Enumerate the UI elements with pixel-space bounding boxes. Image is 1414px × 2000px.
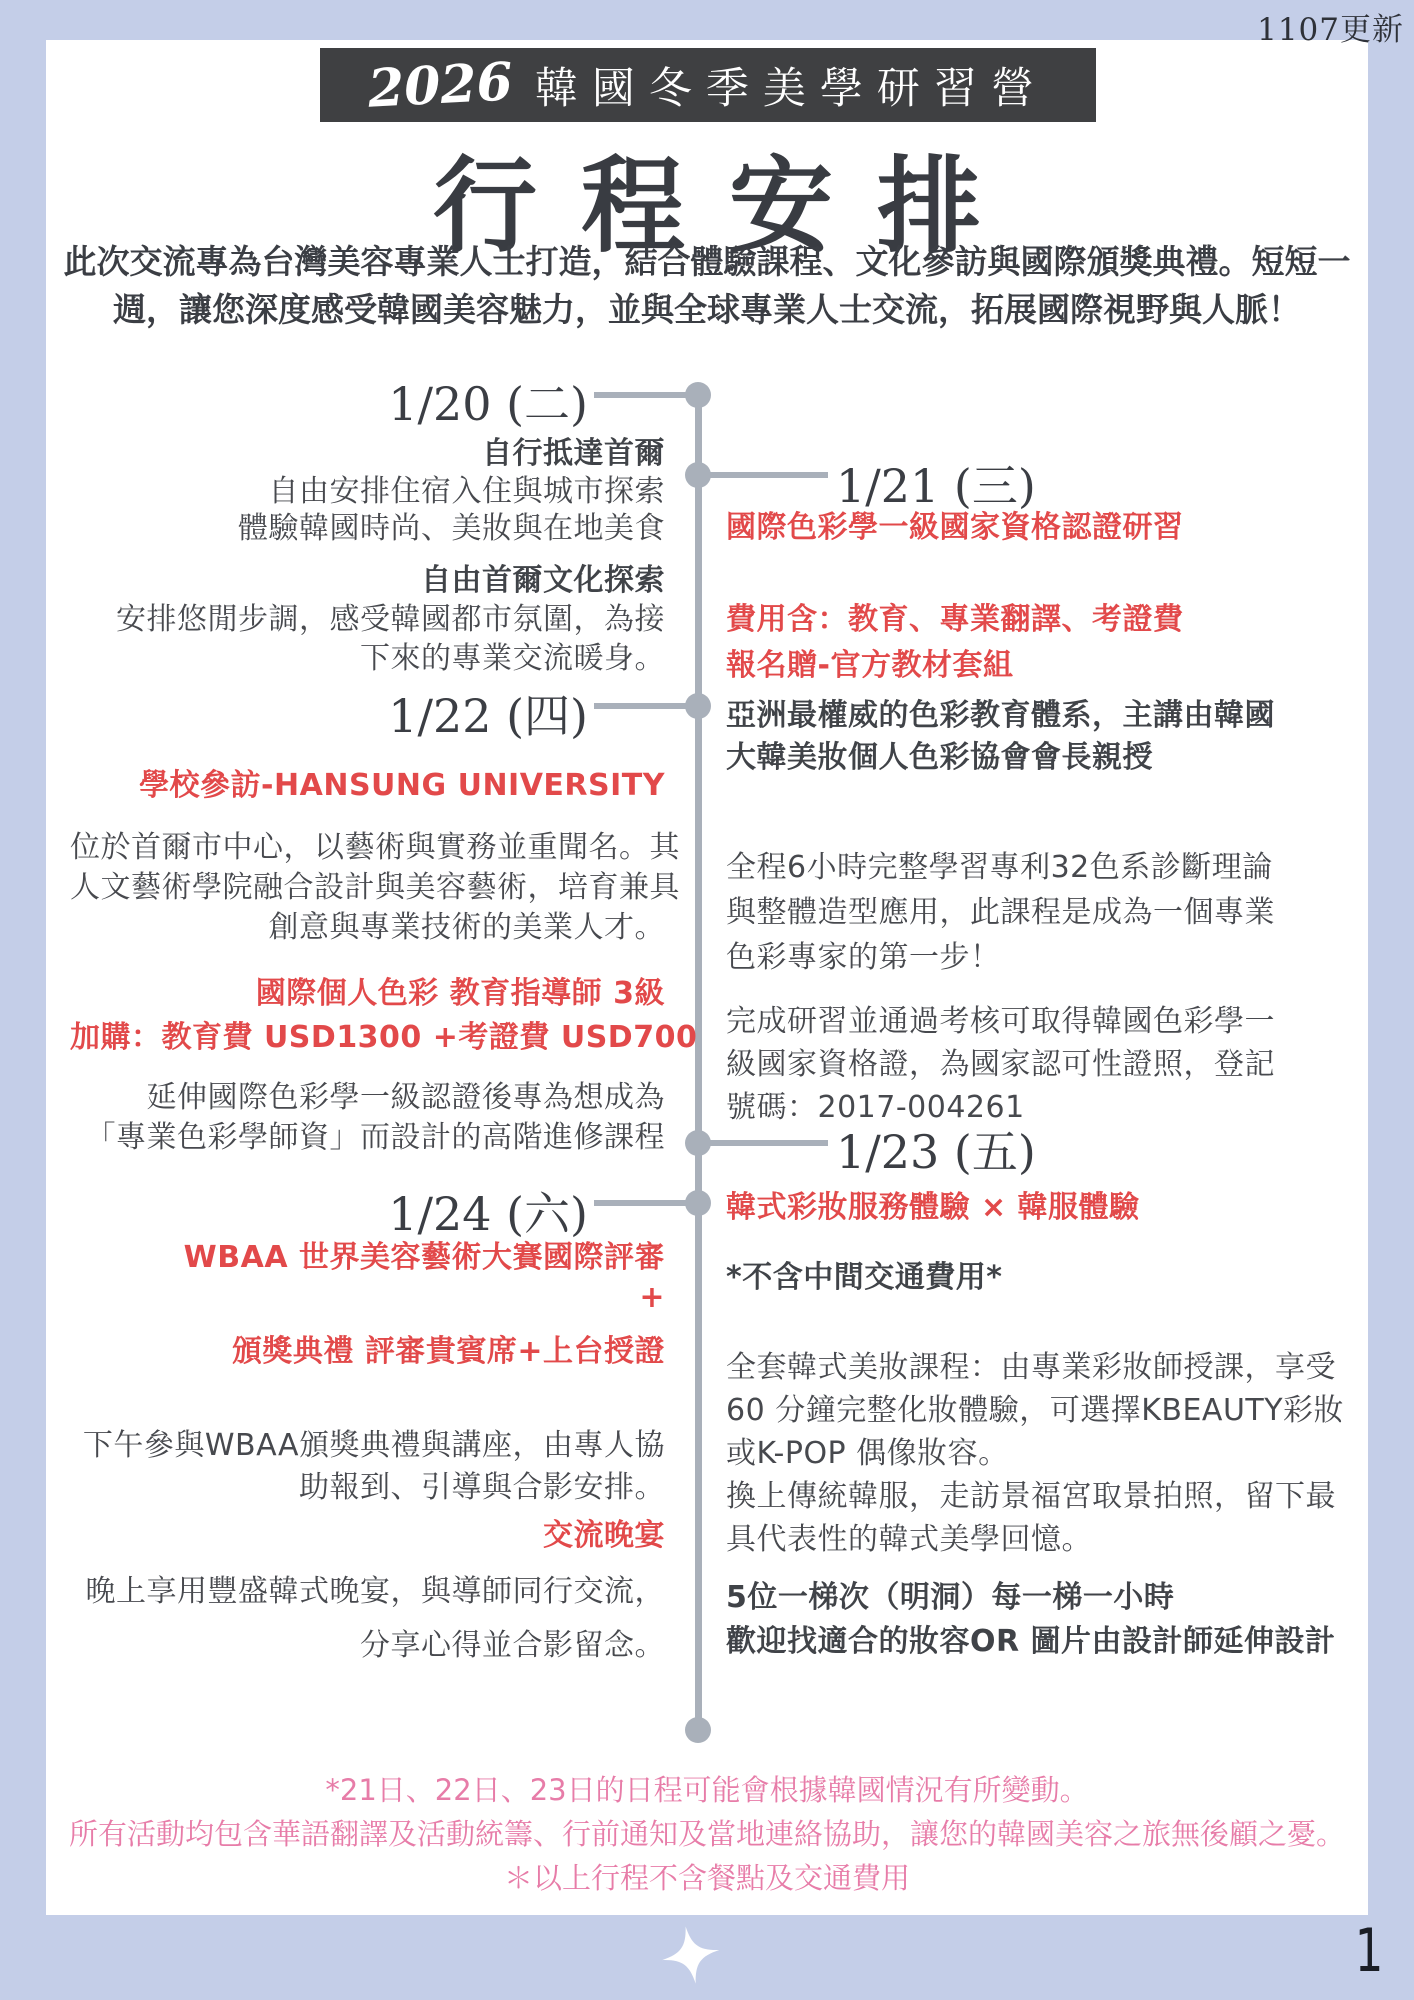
event-text: 人文藝術學院融合設計與美容藝術，培育兼具 (70, 862, 665, 906)
event-text: 助報到、引導與合影安排。 (70, 1462, 665, 1506)
event-text: 60 分鐘完整化妝體驗，可選擇KBEAUTY彩妝 (726, 1385, 1326, 1429)
event-text: 延伸國際色彩學一級認證後專為想成為 (70, 1072, 665, 1116)
event-heading-red: 學校參訪-HANSUNG UNIVERSITY (70, 760, 665, 804)
footer-note-3: ＊以上行程不含餐點及交通費用 (46, 1856, 1368, 1897)
connector-1-20 (594, 392, 690, 398)
intro-line-1: 此次交流專為台灣美容專業人士打造，結合體驗課程、文化參訪與國際頒獎典禮。短短一 (46, 238, 1368, 286)
sparkle-icon (657, 1921, 725, 1992)
event-text: 全套韓式美妝課程：由專業彩妝師授課，享受 (726, 1342, 1326, 1386)
event-text: 創意與專業技術的美業人才。 (70, 902, 665, 946)
connector-1-21 (706, 472, 828, 478)
timeline-dot-end (685, 1717, 711, 1743)
date-label-1-20: 1/20 (二) (70, 368, 588, 434)
event-heading-red: 韓式彩妝服務體驗 × 韓服體驗 (726, 1182, 1326, 1226)
event-heading-red: WBAA 世界美容藝術大賽國際評審 (70, 1232, 665, 1276)
event-text: 下午參與WBAA頒獎典禮與講座，由專人協 (70, 1420, 665, 1464)
event-text: 完成研習並通過考核可取得韓國色彩學一 (726, 996, 1326, 1040)
event-text: 體驗韓國時尚、美妝與在地美食 (70, 503, 665, 547)
footer-note-1: *21日、22日、23日的日程可能會根據韓國情況有所變動。 (46, 1768, 1368, 1809)
event-heading: 歡迎找適合的妝容OR 圖片由設計師延伸設計 (726, 1616, 1326, 1660)
date-label-1-22: 1/22 (四) (70, 680, 588, 746)
event-text: 或K-POP 偶像妝容。 (726, 1428, 1326, 1472)
event-heading-red: 交流晚宴 (70, 1510, 665, 1554)
event-text: 具代表性的韓式美學回憶。 (726, 1514, 1326, 1558)
event-text: 「專業色彩學師資」而設計的高階進修課程 (70, 1112, 665, 1156)
connector-1-23 (706, 1140, 828, 1146)
date-label-1-23: 1/23 (五) (836, 1116, 1036, 1182)
event-heading: 亞洲最權威的色彩教育體系，主講由韓國 (726, 690, 1326, 734)
event-heading-red: 加購：教育費 USD1300 +考證費 USD700 (70, 1012, 665, 1056)
event-heading-red: + (70, 1280, 665, 1315)
event-heading: 大韓美妝個人色彩協會會長親授 (726, 732, 1326, 776)
event-heading: 5位一梯次（明洞）每一梯一小時 (726, 1572, 1326, 1616)
event-heading-red: 頒獎典禮 評審貴賓席+上台授證 (70, 1326, 665, 1370)
event-heading-red: 費用含：教育、專業翻譯、考證費 (726, 594, 1326, 638)
event-heading-red: 國際個人色彩 教育指導師 3級 (70, 968, 665, 1012)
timeline-spine (695, 394, 702, 1730)
event-text: 與整體造型應用，此課程是成為一個專業 (726, 887, 1326, 931)
event-text: 位於首爾市中心，以藝術與實務並重聞名。其 (70, 822, 665, 866)
event-heading: 自由首爾文化探索 (70, 555, 665, 599)
event-text: 全程6小時完整學習專利32色系診斷理論 (726, 842, 1326, 886)
page-number: 1 (1355, 1916, 1384, 1986)
event-text: 安排悠閒步調，感受韓國都市氛圍，為接 (70, 594, 665, 638)
intro-paragraph: 此次交流專為台灣美容專業人士打造，結合體驗課程、文化參訪與國際頒獎典禮。短短一 … (46, 238, 1368, 334)
footer-note-2: 所有活動均包含華語翻譯及活動統籌、行前通知及當地連絡協助，讓您的韓國美容之旅無後… (46, 1812, 1368, 1853)
page: 1107更新 2026 韓國冬季美學研習營 行程安排 此次交流專為台灣美容專業人… (0, 0, 1414, 2000)
event-heading-red: 國際色彩學一級國家資格認證研習 (726, 502, 1326, 546)
intro-line-2: 週，讓您深度感受韓國美容魅力，並與全球專業人士交流，拓展國際視野與人脈！ (46, 286, 1368, 334)
event-heading-red: 報名贈-官方教材套組 (726, 640, 1326, 684)
event-text: 晚上享用豐盛韓式晚宴，與導師同行交流， (70, 1566, 665, 1610)
banner-year: 2026 (367, 51, 515, 119)
event-text: 下來的專業交流暖身。 (70, 633, 665, 677)
event-text: 色彩專家的第一步！ (726, 932, 1326, 976)
connector-1-24 (594, 1200, 690, 1206)
event-text: 分享心得並合影留念。 (70, 1620, 665, 1664)
connector-1-22 (594, 703, 690, 709)
banner-title: 韓國冬季美學研習營 (535, 55, 1048, 116)
banner: 2026 韓國冬季美學研習營 (320, 48, 1096, 122)
event-heading: *不含中間交通費用* (726, 1252, 1326, 1296)
event-text: 級國家資格證，為國家認可性證照，登記 (726, 1039, 1326, 1083)
event-text: 換上傳統韓服，走訪景福宮取景拍照，留下最 (726, 1471, 1326, 1515)
update-note: 1107更新 (1257, 4, 1404, 49)
